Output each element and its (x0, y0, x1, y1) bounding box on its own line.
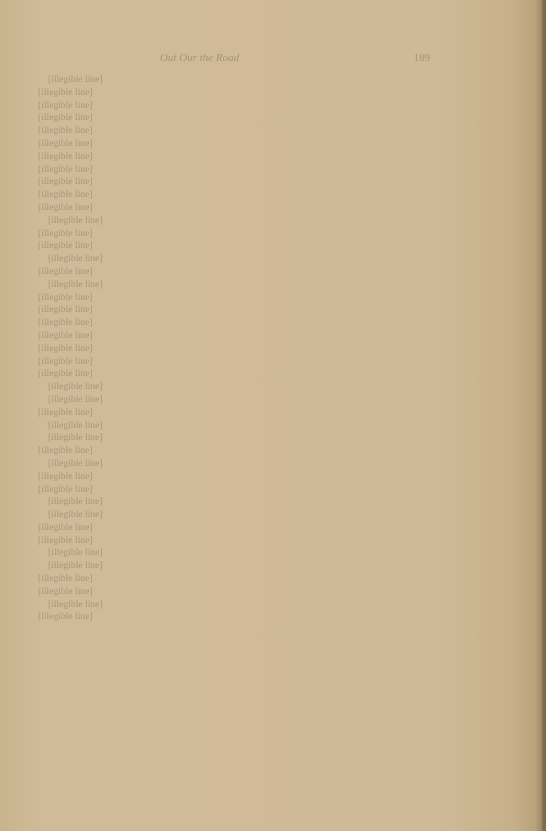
paragraph: [illegible line] (38, 547, 428, 560)
paragraph: [illegible line] (38, 420, 428, 433)
text-line: [illegible line] (38, 343, 428, 356)
paragraph: [illegible line] (38, 381, 428, 394)
text-line: [illegible line] (38, 215, 428, 228)
text-line: [illegible line] (38, 509, 428, 522)
text-line: [illegible line] (38, 74, 428, 87)
text-line: [illegible line] (38, 496, 428, 509)
text-line: [illegible line] (38, 586, 428, 599)
text-line: [illegible line] (38, 394, 428, 407)
text-line: [illegible line] (38, 100, 428, 113)
text-line: [illegible line] (38, 279, 428, 292)
text-line: [illegible line] (38, 87, 428, 100)
text-line: [illegible line] (38, 458, 428, 471)
text-line: [illegible line] (38, 573, 428, 586)
text-line: [illegible line] (38, 317, 428, 330)
text-line: [illegible line] (38, 112, 428, 125)
text-line: [illegible line] (38, 432, 428, 445)
text-line: [illegible line] (38, 547, 428, 560)
paragraph: [illegible line][illegible line] (38, 394, 428, 420)
text-line: [illegible line] (38, 522, 428, 535)
text-line: [illegible line] (38, 445, 428, 458)
paragraph: [illegible line][illegible line][illegib… (38, 458, 428, 496)
paragraph: [illegible line][illegible line][illegib… (38, 279, 428, 381)
text-line: [illegible line] (38, 228, 428, 241)
text-line: [illegible line] (38, 368, 428, 381)
text-line: [illegible line] (38, 484, 428, 497)
paragraph: [illegible line][illegible line] (38, 253, 428, 279)
text-line: [illegible line] (38, 381, 428, 394)
paragraph: [illegible line][illegible line][illegib… (38, 509, 428, 547)
text-line: [illegible line] (38, 420, 428, 433)
text-line: [illegible line] (38, 202, 428, 215)
paragraph: [illegible line][illegible line][illegib… (38, 560, 428, 598)
page-number: 189 (414, 52, 431, 64)
text-line: [illegible line] (38, 253, 428, 266)
text-line: [illegible line] (38, 535, 428, 548)
text-line: [illegible line] (38, 266, 428, 279)
paragraph: [illegible line][illegible line] (38, 432, 428, 458)
paragraph: [illegible line][illegible line][illegib… (38, 74, 428, 215)
text-line: [illegible line] (38, 151, 428, 164)
text-line: [illegible line] (38, 560, 428, 573)
page-edge-shadow (542, 0, 546, 831)
book-page: Out Our the Road 189 [illegible line][il… (0, 0, 546, 831)
text-line: [illegible line] (38, 189, 428, 202)
text-line: [illegible line] (38, 164, 428, 177)
text-line: [illegible line] (38, 304, 428, 317)
text-line: [illegible line] (38, 240, 428, 253)
running-header-title: Out Our the Road (160, 52, 239, 64)
body-text: [illegible line][illegible line][illegib… (38, 74, 428, 624)
text-line: [illegible line] (38, 599, 428, 612)
text-line: [illegible line] (38, 125, 428, 138)
text-line: [illegible line] (38, 138, 428, 151)
paragraph: [illegible line] (38, 496, 428, 509)
text-line: [illegible line] (38, 330, 428, 343)
text-line: [illegible line] (38, 471, 428, 484)
paragraph: [illegible line][illegible line][illegib… (38, 215, 428, 253)
text-line: [illegible line] (38, 611, 428, 624)
text-line: [illegible line] (38, 407, 428, 420)
text-line: [illegible line] (38, 176, 428, 189)
text-line: [illegible line] (38, 292, 428, 305)
paragraph: [illegible line][illegible line] (38, 599, 428, 625)
running-header: Out Our the Road 189 (48, 52, 418, 66)
text-line: [illegible line] (38, 356, 428, 369)
